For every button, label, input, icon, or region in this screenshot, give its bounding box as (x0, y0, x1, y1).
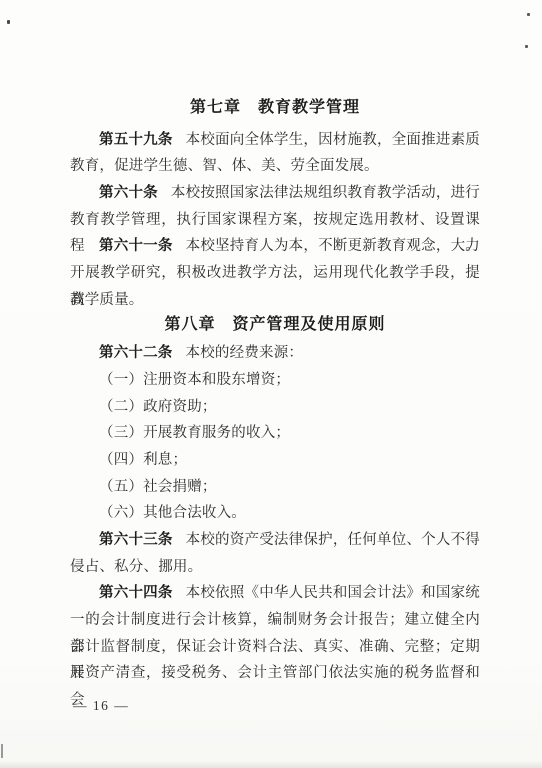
chapter-7-heading: 第七章 教育教学管理 (70, 95, 480, 122)
line-text: 本校按照国家法律法规组织教育教学活动，进行 (171, 185, 480, 201)
scan-speck-top-right-1 (527, 13, 530, 16)
article-63-line-2: 侵占、私分、挪用。 (70, 554, 480, 581)
article-59-line-1: 第五十九条本校面向全体学生，因材施教，全面推进素质 (70, 127, 480, 154)
article-61-line-3: 教学质量。 (70, 287, 480, 314)
article-64-line-1: 第六十四条本校依照《中华人民共和国会计法》和国家统 (70, 580, 480, 607)
line-text: （二）政府资助； (99, 399, 217, 415)
list-item-3: （三）开展教育服务的收入； (70, 420, 480, 447)
line-text: 教学质量。 (70, 292, 144, 308)
line-text: （一）注册资本和股东增资； (99, 372, 290, 388)
line-text: 本校坚持育人为本，不断更新教育观念，大力 (186, 238, 480, 254)
article-62-label: 第六十二条 (99, 345, 173, 361)
list-item-2: （二）政府资助； (70, 394, 480, 421)
article-59-line-2: 教育，促进学生德、智、体、美、劳全面发展。 (70, 153, 480, 180)
article-64-line-2: 一的会计制度进行会计核算，编制财务会计报告；建立健全内部 (70, 607, 480, 634)
line-text: 教育，促进学生德、智、体、美、劳全面发展。 (70, 158, 379, 174)
article-64-label: 第六十四条 (99, 585, 173, 601)
line-text: 侵占、私分、挪用。 (70, 559, 202, 575)
article-64-line-3: 会计监督制度，保证会计资料合法、真实、准确、完整；定期开 (70, 634, 480, 661)
line-text: 本校依照《中华人民共和国会计法》和国家统 (186, 585, 480, 601)
article-61-line-1: 第六十一条本校坚持育人为本，不断更新教育观念，大力 (70, 233, 480, 260)
line-text: （三）开展教育服务的收入； (99, 425, 290, 441)
article-60-line-1: 第六十条本校按照国家法律法规组织教育教学活动，进行 (70, 180, 480, 207)
line-text: 本校的经费来源： (186, 345, 304, 361)
chapter-8-heading: 第八章 资产管理及使用原则 (70, 312, 480, 339)
page-number: — 16 — (73, 698, 129, 714)
scan-speck-top-left (7, 20, 10, 24)
list-item-6: （六）其他合法收入。 (70, 500, 480, 527)
article-61-line-2: 开展教学研究，积极改进教学方法，运用现代化教学手段，提高 (70, 260, 480, 287)
line-text: 展资产清查，接受税务、会计主管部门依法实施的税务监督和会 (70, 665, 480, 708)
article-62-line-1: 第六十二条本校的经费来源： (70, 340, 480, 367)
scan-bottom-shadow (0, 761, 542, 768)
scan-edge-mark (1, 744, 3, 758)
line-text: （五）社会捐赠； (99, 479, 217, 495)
article-64-line-4: 展资产清查，接受税务、会计主管部门依法实施的税务监督和会 (70, 660, 480, 687)
scan-speck-top-right-2 (525, 45, 528, 48)
article-61-label: 第六十一条 (99, 238, 173, 254)
scanned-document-page: 第七章 教育教学管理 第五十九条本校面向全体学生，因材施教，全面推进素质 教育，… (0, 0, 542, 768)
article-60-line-2: 教育教学管理，执行国家课程方案，按规定选用教材、设置课程。 (70, 207, 480, 234)
article-63-line-1: 第六十三条本校的资产受法律保护，任何单位、个人不得 (70, 527, 480, 554)
line-text: （四）利息； (99, 452, 187, 468)
line-text: （六）其他合法收入。 (99, 505, 246, 521)
list-item-1: （一）注册资本和股东增资； (70, 367, 480, 394)
article-60-label: 第六十条 (99, 185, 158, 201)
line-text: 本校的资产受法律保护，任何单位、个人不得 (186, 532, 480, 548)
document-body: 第七章 教育教学管理 第五十九条本校面向全体学生，因材施教，全面推进素质 教育，… (70, 95, 480, 687)
list-item-4: （四）利息； (70, 447, 480, 474)
article-59-label: 第五十九条 (99, 132, 173, 148)
article-63-label: 第六十三条 (99, 532, 173, 548)
line-text: 本校面向全体学生，因材施教，全面推进素质 (186, 132, 480, 148)
list-item-5: （五）社会捐赠； (70, 474, 480, 501)
